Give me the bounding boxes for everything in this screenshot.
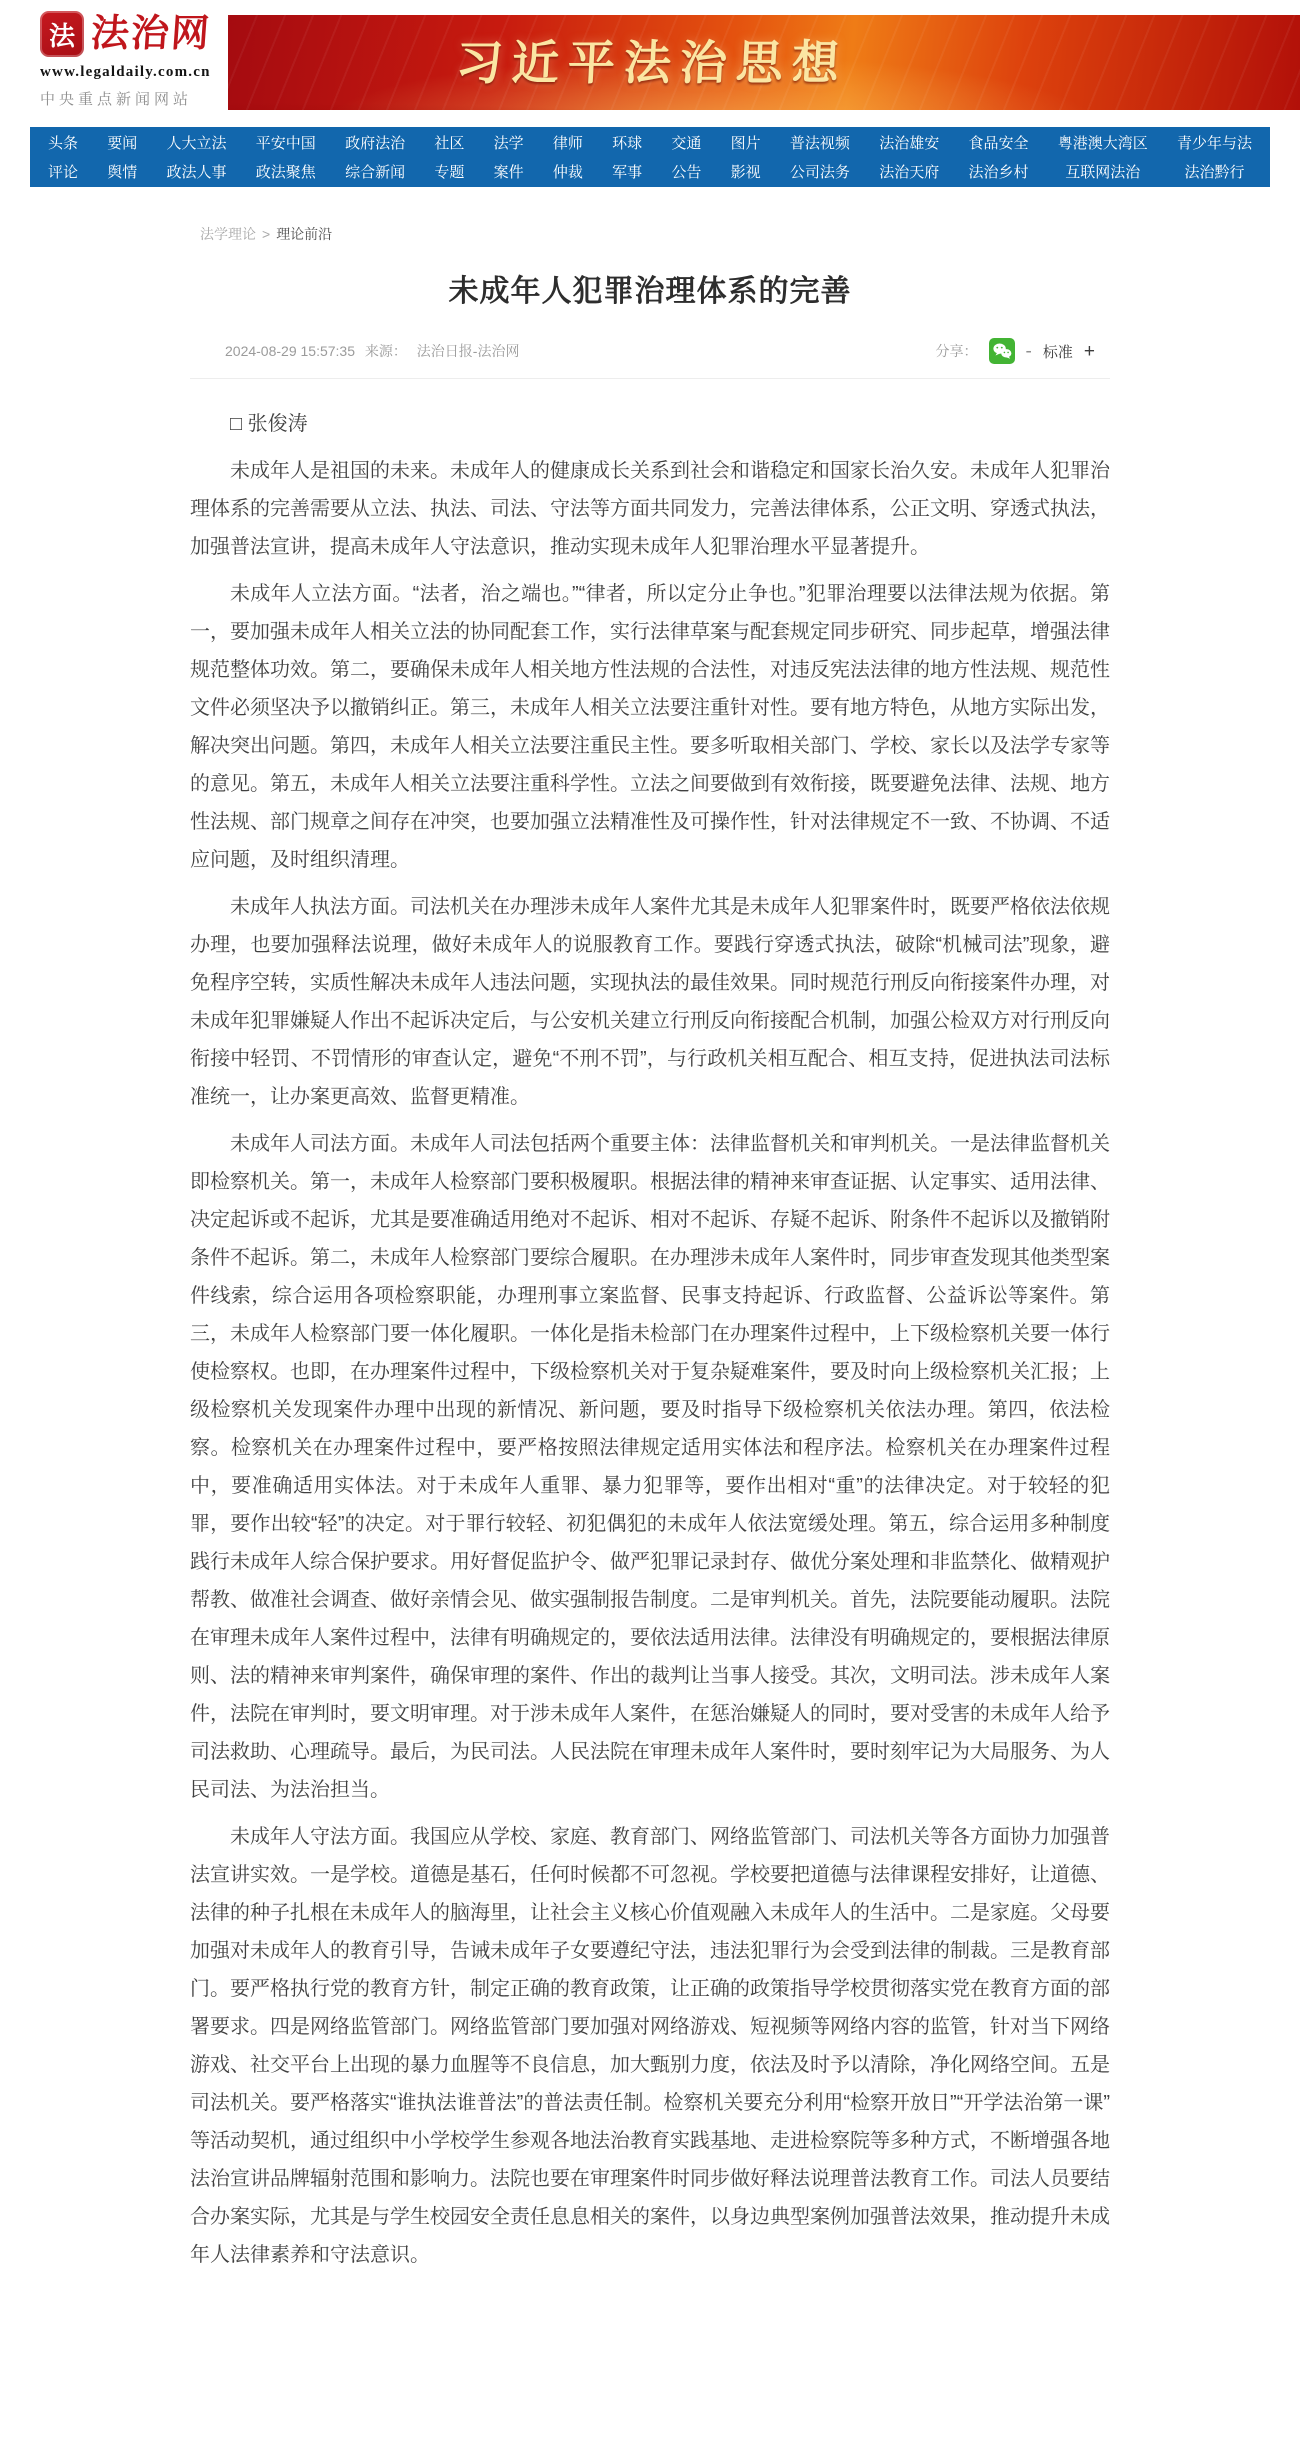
breadcrumb: 法学理论>理论前沿 xyxy=(200,224,1110,244)
nav-item-fazhixiongan[interactable]: 法治雄安 xyxy=(879,132,939,153)
nav-item-jiaotong[interactable]: 交通 xyxy=(671,132,701,153)
publish-date: 2024-08-29 15:57:35 xyxy=(225,343,355,359)
nav-item-qingshaonianyufa[interactable]: 青少年与法 xyxy=(1177,132,1252,153)
nav-item-tupian[interactable]: 图片 xyxy=(731,132,761,153)
nav-item-shequ[interactable]: 社区 xyxy=(434,132,464,153)
nav-item-zhongcai[interactable]: 仲裁 xyxy=(553,161,583,182)
font-decrease-button[interactable]: - xyxy=(1026,342,1032,361)
nav-item-dawanqu[interactable]: 粤港澳大湾区 xyxy=(1058,132,1148,153)
nav-item-yaowen[interactable]: 要闻 xyxy=(107,132,137,153)
site-url: www.legaldaily.com.cn xyxy=(40,64,228,81)
nav-item-gonggao[interactable]: 公告 xyxy=(671,161,701,182)
site-logo[interactable]: 法 法治网 www.legaldaily.com.cn 中央重点新闻网站 xyxy=(0,0,228,127)
article-paragraph: 未成年人是祖国的未来。未成年人的健康成长关系到社会和谐稳定和国家长治久安。未成年… xyxy=(190,452,1110,566)
seal-icon: 法 xyxy=(40,11,84,57)
nav-item-zhengfajujiao[interactable]: 政法聚焦 xyxy=(256,161,316,182)
nav-item-lvshi[interactable]: 律师 xyxy=(553,132,583,153)
source-value: 法治日报-法治网 xyxy=(417,343,520,359)
nav-item-anjian[interactable]: 案件 xyxy=(494,161,524,182)
nav-item-shipinanquan[interactable]: 食品安全 xyxy=(968,132,1028,153)
nav-item-zhuanti[interactable]: 专题 xyxy=(434,161,464,182)
article-body: □ 张俊涛 未成年人是祖国的未来。未成年人的健康成长关系到社会和谐稳定和国家长治… xyxy=(190,405,1110,2309)
article-paragraph: 未成年人司法方面。未成年人司法包括两个重要主体：法律监督机关和审判机关。一是法律… xyxy=(190,1125,1110,1809)
nav-item-toutiao[interactable]: 头条 xyxy=(48,132,78,153)
article-meta: 2024-08-29 15:57:35 来源： 法治日报-法治网 分享： xyxy=(190,338,1110,379)
nav-item-pinglun[interactable]: 评论 xyxy=(48,161,78,182)
site-name: 法治网 xyxy=(90,15,213,53)
nav-item-pufashipin[interactable]: 普法视频 xyxy=(790,132,850,153)
nav-item-pinganzhongguo[interactable]: 平安中国 xyxy=(256,132,316,153)
nav-item-gongsifawu[interactable]: 公司法务 xyxy=(790,161,850,182)
breadcrumb-separator: > xyxy=(262,226,270,242)
nav-item-yingshi[interactable]: 影视 xyxy=(731,161,761,182)
nav-item-zhengfufazhi[interactable]: 政府法治 xyxy=(345,132,405,153)
site-subtitle: 中央重点新闻网站 xyxy=(40,88,228,109)
article-author: □ 张俊涛 xyxy=(190,405,1110,443)
main-nav: 头条 评论 要闻 舆情 人大立法 政法人事 平安中国 政法聚焦 政府法治 综合新… xyxy=(30,127,1270,187)
breadcrumb-current[interactable]: 理论前沿 xyxy=(276,226,332,242)
article-title: 未成年人犯罪治理体系的完善 xyxy=(190,266,1110,310)
font-increase-button[interactable]: + xyxy=(1084,342,1095,361)
source-label: 来源： xyxy=(365,343,407,359)
nav-item-fazhiqianxing[interactable]: 法治黔行 xyxy=(1184,161,1244,182)
banner-title: 习近平法治思想 xyxy=(454,39,848,86)
nav-item-hulianwangfazhi[interactable]: 互联网法治 xyxy=(1065,161,1140,182)
nav-item-faxue[interactable]: 法学 xyxy=(494,132,524,153)
nav-item-yuqing[interactable]: 舆情 xyxy=(107,161,137,182)
article-paragraph: 未成年人执法方面。司法机关在办理涉未成年人案件尤其是未成年人犯罪案件时，既要严格… xyxy=(190,888,1110,1116)
share-label: 分享： xyxy=(936,341,978,361)
wechat-share-icon[interactable] xyxy=(989,338,1015,364)
nav-item-zonghexinwen[interactable]: 综合新闻 xyxy=(345,161,405,182)
breadcrumb-section[interactable]: 法学理论 xyxy=(200,226,256,242)
nav-item-zhengfarenshi[interactable]: 政法人事 xyxy=(167,161,227,182)
font-size-label: 标准 xyxy=(1043,341,1073,362)
top-banner[interactable]: 习近平法治思想 xyxy=(228,15,1300,110)
site-header: 法 法治网 www.legaldaily.com.cn 中央重点新闻网站 习近平… xyxy=(0,0,1300,127)
article-paragraph: 未成年人守法方面。我国应从学校、家庭、教育部门、网络监管部门、司法机关等各方面协… xyxy=(190,1818,1110,2274)
nav-item-fazhitianfu[interactable]: 法治天府 xyxy=(879,161,939,182)
nav-item-junshi[interactable]: 军事 xyxy=(612,161,642,182)
article-paragraph: 未成年人立法方面。“法者，治之端也。”“律者，所以定分止争也。”犯罪治理要以法律… xyxy=(190,575,1110,879)
nav-item-fazhixiangcun[interactable]: 法治乡村 xyxy=(968,161,1028,182)
nav-item-huanqiu[interactable]: 环球 xyxy=(612,132,642,153)
nav-item-rendalifa[interactable]: 人大立法 xyxy=(167,132,227,153)
